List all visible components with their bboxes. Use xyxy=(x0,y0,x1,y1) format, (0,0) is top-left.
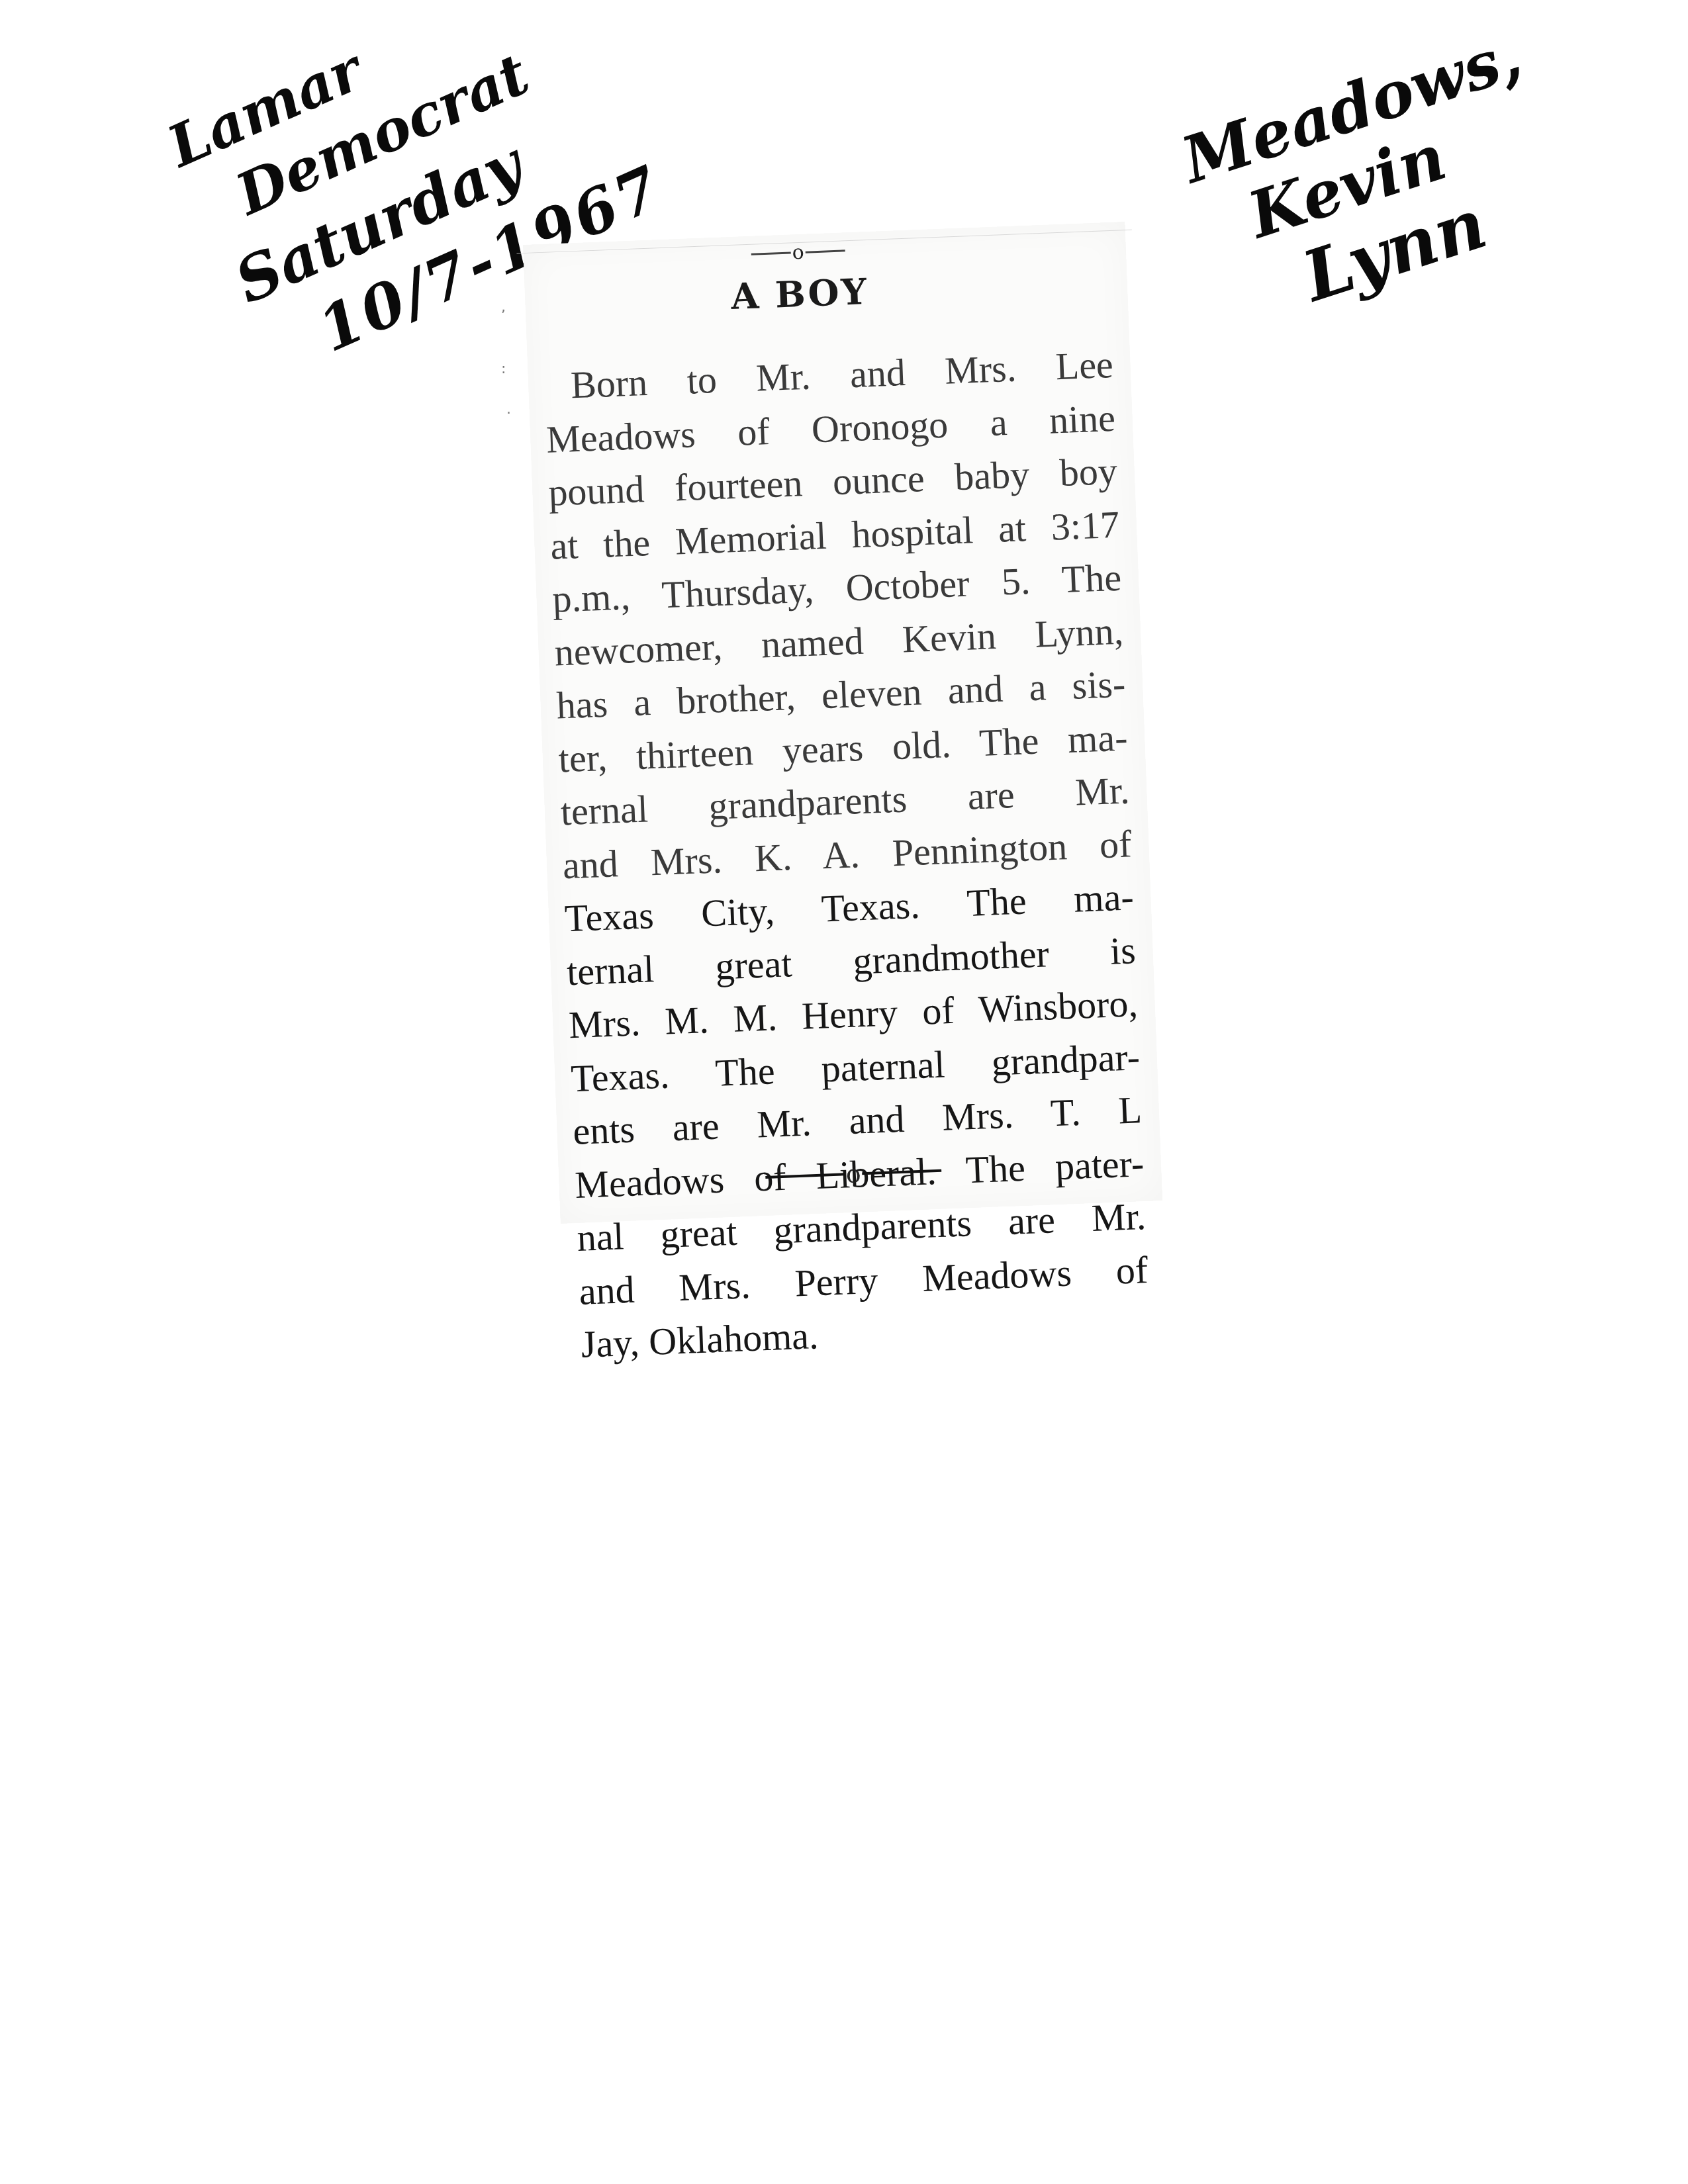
scanned-page: Lamar Democrat Saturday 10/7-1967 Meadow… xyxy=(0,0,1688,2184)
scan-speck: : xyxy=(501,361,506,377)
scan-speck: · xyxy=(506,405,511,422)
handwritten-subject-note: Meadows, Kevin Lynn xyxy=(1175,24,1575,336)
newspaper-clipping: o A BOY Born to Mr. and Mrs. Lee Meadows… xyxy=(523,222,1162,1224)
article-body: Born to Mr. and Mrs. Lee Meadows of Oron… xyxy=(543,338,1151,1371)
